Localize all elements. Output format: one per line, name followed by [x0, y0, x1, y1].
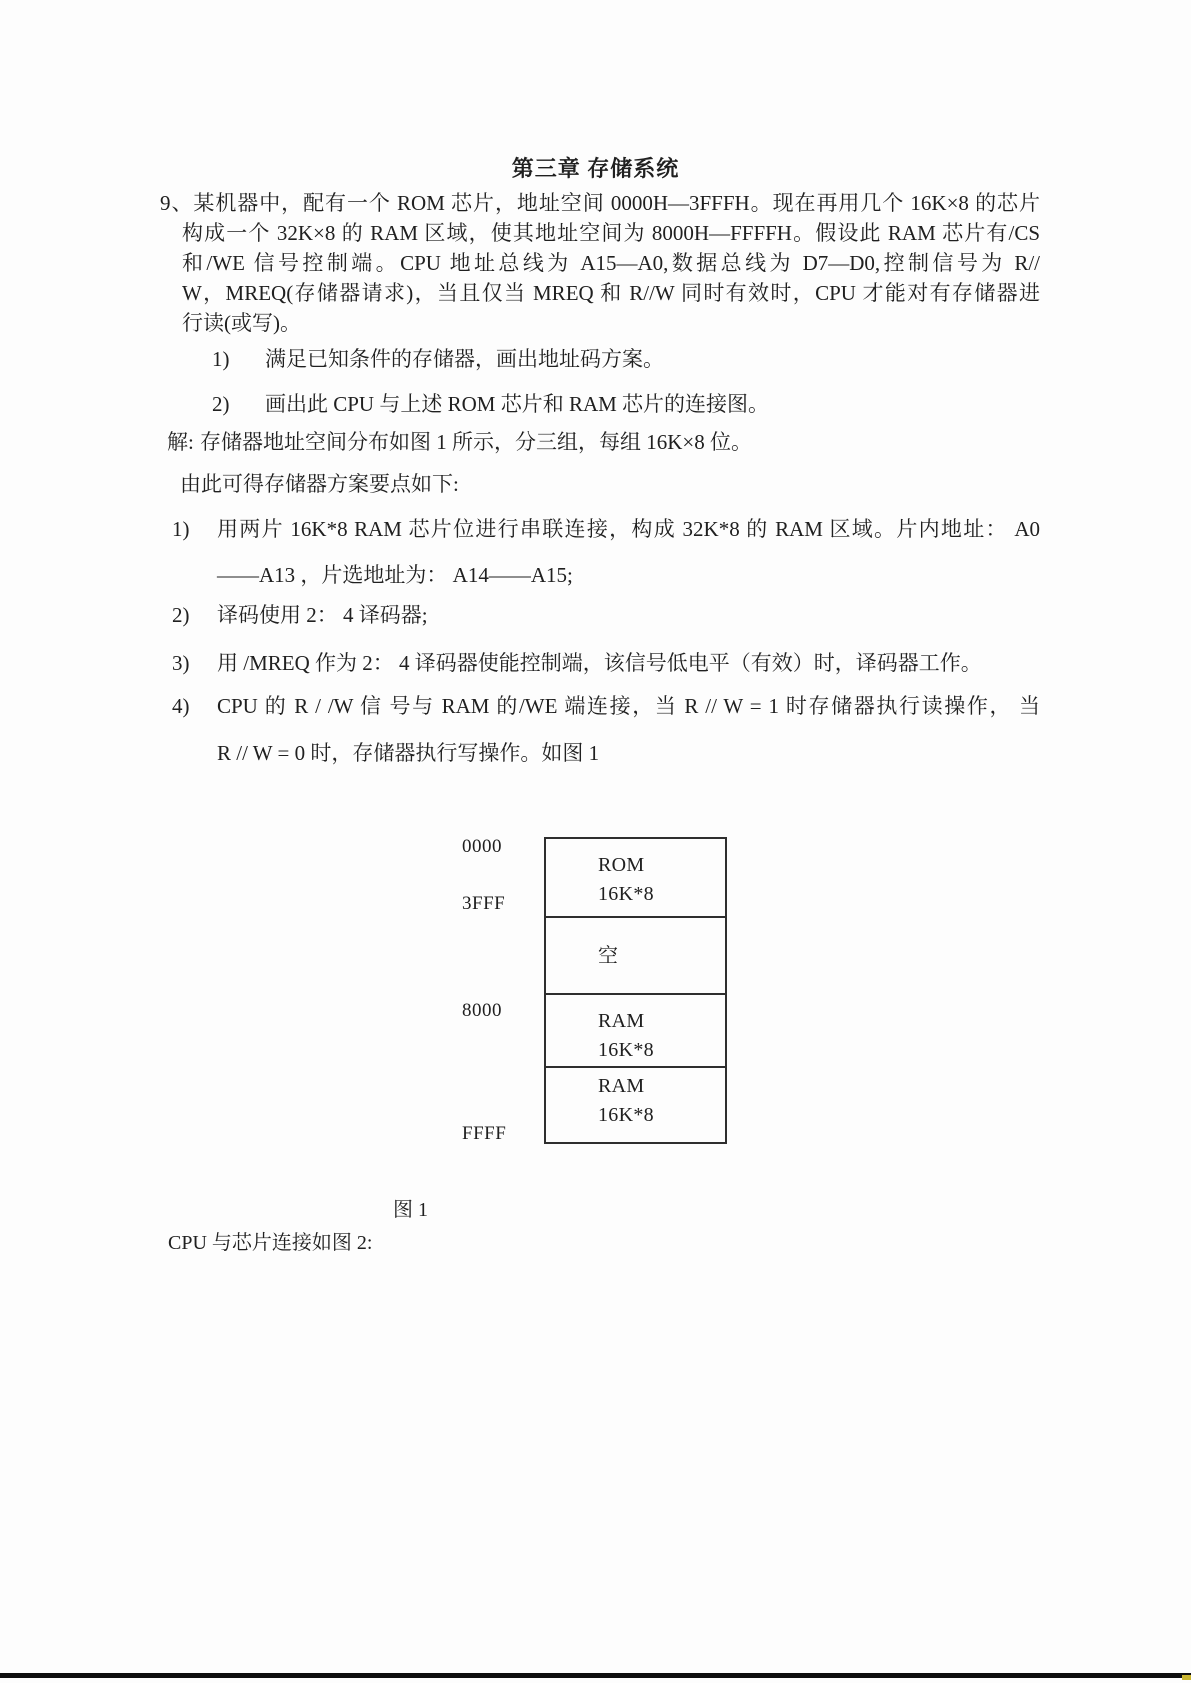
memory-block-ram-2: RAM 16K*8 [546, 1066, 725, 1142]
question-paragraph: 9、某机器中，配有一个 ROM 芯片，地址空间 0000H—3FFFH。现在再用… [160, 188, 1040, 338]
figure1-caption: 图 1 [393, 1193, 428, 1222]
memory-block-empty: 空 [546, 916, 725, 993]
memory-block-label: ROM [598, 851, 725, 880]
address-label-0000: 0000 [462, 836, 502, 858]
solution-point-2: 2) 译码使用 2： 4 译码器; [172, 600, 1040, 630]
memory-block-label: RAM [598, 1072, 725, 1101]
question-line: 构成一个 32K×8 的 RAM 区域，使其地址空间为 8000H—FFFFH。… [160, 218, 1040, 248]
memory-block-label: 空 [598, 942, 725, 971]
solution-point-3: 3) 用 /MREQ 作为 2： 4 译码器使能控制端，该信号低电平（有效）时，… [172, 648, 1040, 678]
item-text: 用 /MREQ 作为 2： 4 译码器使能控制端，该信号低电平（有效）时，译码器… [217, 648, 1040, 678]
question-subitem-1: 1) 满足已知条件的存储器，画出地址码方案。 [212, 344, 1040, 374]
memory-block-ram-1: RAM 16K*8 [546, 993, 725, 1066]
scanned-document-page: 第三章 存储系统 9、某机器中，配有一个 ROM 芯片，地址空间 0000H—3… [0, 0, 1191, 1683]
question-line: W，MREQ(存储器请求)，当且仅当 MREQ 和 R//W 同时有效时，CPU… [160, 278, 1040, 308]
item-number: 3) [172, 648, 217, 678]
item-number: 2) [172, 600, 217, 630]
solution-intro-text: 存储器地址空间分布如图 1 所示，分三组，每组 16K×8 位。 [200, 427, 752, 457]
solution-point-1: 1) 用两片 16K*8 RAM 芯片位进行串联连接，构成 32K*8 的 RA… [172, 514, 1040, 544]
item-text: CPU 的 R / /W 信 号与 RAM 的/WE 端连接，当 R // W … [217, 691, 1040, 721]
memory-block-size: 16K*8 [598, 880, 725, 909]
address-label-8000: 8000 [462, 1000, 502, 1022]
memory-map-figure: ROM 16K*8 空 RAM 16K*8 RAM 16K*8 [544, 837, 727, 1144]
item-number: 1) [212, 344, 265, 374]
item-number: 2) [212, 389, 265, 419]
figure2-intro-line: CPU 与芯片连接如图 2: [168, 1226, 372, 1255]
solution-point-1-continuation: ——A13 ，片选地址为： A14——A15; [217, 560, 1040, 590]
memory-block-rom: ROM 16K*8 [546, 839, 725, 916]
question-line: 行读(或写)。 [160, 308, 1040, 338]
item-text: 译码使用 2： 4 译码器; [217, 600, 1040, 630]
memory-block-label: RAM [598, 1007, 725, 1036]
question-line: 和/WE 信号控制端。CPU 地址总线为 A15—A0,数据总线为 D7—D0,… [160, 248, 1040, 278]
item-text: 画出此 CPU 与上述 ROM 芯片和 RAM 芯片的连接图。 [265, 389, 769, 419]
memory-block-size: 16K*8 [598, 1036, 725, 1065]
question-subitem-2: 2) 画出此 CPU 与上述 ROM 芯片和 RAM 芯片的连接图。 [212, 389, 1040, 419]
question-line: 9、某机器中，配有一个 ROM 芯片，地址空间 0000H—3FFFH。现在再用… [160, 188, 1040, 218]
item-text: 用两片 16K*8 RAM 芯片位进行串联连接，构成 32K*8 的 RAM 区… [217, 514, 1040, 544]
chapter-title: 第三章 存储系统 [0, 152, 1191, 183]
scan-bottom-edge [0, 1673, 1191, 1678]
item-number: 1) [172, 514, 217, 544]
item-text: 满足已知条件的存储器，画出地址码方案。 [265, 344, 664, 374]
solution-point-4-continuation: R // W = 0 时，存储器执行写操作。如图 1 [217, 738, 1040, 768]
memory-block-size: 16K*8 [598, 1101, 725, 1130]
item-number: 4) [172, 691, 217, 721]
solution-point-4: 4) CPU 的 R / /W 信 号与 RAM 的/WE 端连接，当 R //… [172, 691, 1040, 721]
address-label-3fff: 3FFF [462, 893, 505, 915]
scan-corner-artifact [1182, 1675, 1191, 1680]
solution-intro: 解: 存储器地址空间分布如图 1 所示，分三组，每组 16K×8 位。 [167, 427, 1040, 457]
solution-points-heading: 由此可得存储器方案要点如下: [180, 469, 459, 499]
solution-label: 解: [167, 427, 200, 457]
address-label-ffff: FFFF [462, 1123, 506, 1145]
